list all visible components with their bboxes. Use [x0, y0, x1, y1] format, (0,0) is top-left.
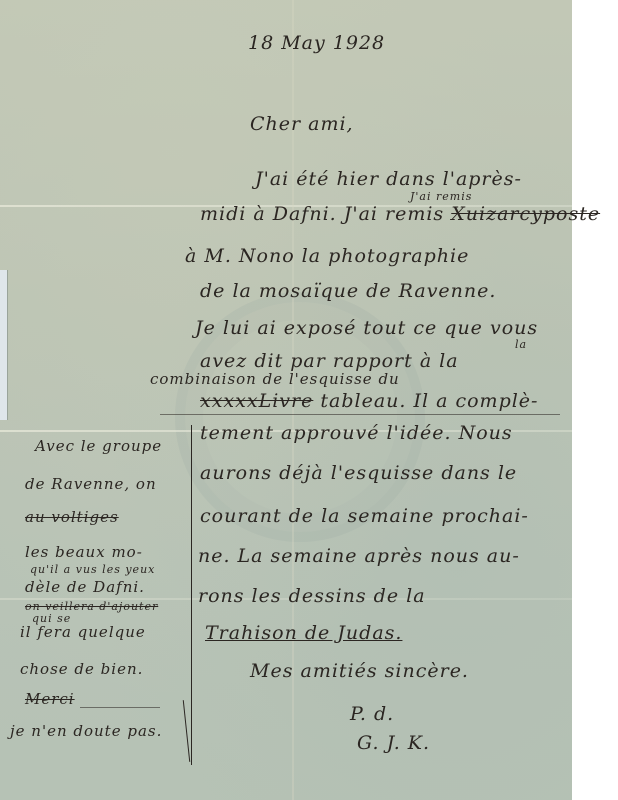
- margin-bracket: [183, 700, 190, 762]
- body-line: midi à Dafni. J'ai remis Xuizarcyposte: [200, 203, 600, 225]
- margin-note-line: Merci: [25, 690, 75, 708]
- margin-bracket: [191, 425, 192, 765]
- letter-date: 18 May 1928: [248, 32, 385, 54]
- body-line: avez dit par rapport à la: [200, 350, 459, 372]
- letter-page: 18 May 1928 Cher ami, J'ai été hier dans…: [0, 0, 572, 800]
- paper-edge: [0, 270, 8, 420]
- interlinear-note: J'ai remis: [410, 190, 472, 203]
- interlinear-note: la: [515, 338, 527, 351]
- body-line: aurons déjà l'esquisse dans le: [200, 462, 517, 484]
- margin-note-line: au voltiges: [25, 508, 119, 526]
- body-line: xxxxxLivre tableau. Il a complè-: [200, 390, 538, 412]
- margin-note-line: les beaux mo-: [25, 543, 143, 561]
- salutation: Cher ami,: [250, 113, 354, 135]
- margin-interlinear: qu'il a vus les yeux: [30, 563, 155, 576]
- body-line: ne. La semaine après nous au-: [198, 545, 520, 567]
- divider-rule: [160, 414, 560, 415]
- closing: Mes amitiés sincère.: [250, 660, 469, 682]
- body-line: rons les dessins de la: [198, 585, 426, 607]
- body-line: à M. Nono la photographie: [185, 245, 469, 267]
- body-line: combinaison de l'esquisse du: [150, 370, 400, 388]
- body-line: tement approuvé l'idée. Nous: [200, 422, 513, 444]
- margin-note-line: Avec le groupe: [35, 437, 162, 455]
- signature-line-2: G. J. K.: [357, 732, 430, 754]
- signature-line-1: P. d.: [350, 703, 394, 725]
- margin-flourish: [80, 707, 160, 708]
- margin-note-line: je n'en doute pas.: [10, 722, 162, 740]
- body-line-title: Trahison de Judas.: [205, 622, 402, 644]
- margin-note-line: dèle de Dafni.: [25, 578, 145, 596]
- margin-note-line: chose de bien.: [20, 660, 143, 678]
- margin-note-line: il fera quelque: [20, 623, 146, 641]
- body-line: J'ai été hier dans l'après-: [255, 168, 522, 190]
- body-line: Je lui ai exposé tout ce que vous: [195, 317, 538, 339]
- margin-note-line: de Ravenne, on: [25, 475, 157, 493]
- body-line: courant de la semaine prochai-: [200, 505, 529, 527]
- body-line: de la mosaïque de Ravenne.: [200, 280, 496, 302]
